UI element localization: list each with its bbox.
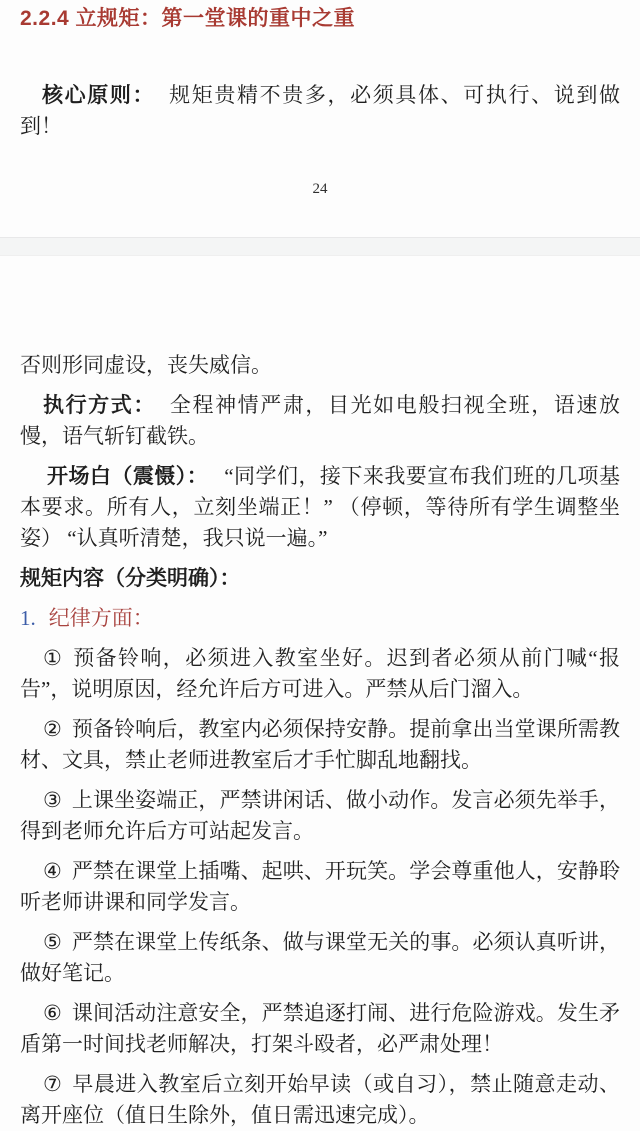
rule-item-6-text: 课间活动注意安全，严禁追逐打闹、进行危险游戏。发生矛盾第一时间找老师解决，打架斗… (20, 1001, 620, 1056)
continuation-paragraph: 否则形同虚设，丧失威信。 (20, 350, 620, 381)
rule-item-4-marker: ④ (43, 859, 62, 883)
rule-item-5-marker: ⑤ (43, 930, 62, 954)
opening-line-label: 开场白（震慑）： (47, 465, 208, 488)
section-heading: 2.2.4 立规矩：第一堂课的重中之重 (20, 4, 620, 34)
rule-item-1-text: 预备铃响，必须进入教室坐好。迟到者必须从前门喊“报告”，说明原因，经允许后方可进… (20, 646, 620, 701)
core-principle-label: 核心原则： (42, 84, 155, 107)
rule-item-2-text: 预备铃响后，教室内必须保持安静。提前拿出当堂课所需教材、文具，禁止老师进教室后才… (20, 717, 620, 772)
list-number: 1. (20, 606, 36, 630)
previous-page-bottom: 2.2.4 立规矩：第一堂课的重中之重 核心原则：规矩贵精不贵多，必须具体、可执… (0, 0, 640, 237)
rule-item-1: ①预备铃响，必须进入教室坐好。迟到者必须从前门喊“报告”，说明原因，经允许后方可… (20, 643, 620, 705)
current-page-top: 否则形同虚设，丧失威信。 执行方式：全程神情严肃，目光如电般扫视全班，语速放慢，… (0, 256, 640, 1131)
rule-item-7-marker: ⑦ (43, 1072, 62, 1096)
list-title: 纪律方面： (49, 606, 154, 630)
rule-item-7: ⑦早晨进入教室后立刻开始早读（或自习），禁止随意走动、离开座位（值日生除外，值日… (20, 1069, 620, 1131)
rule-item-5-text: 严禁在课堂上传纸条、做与课堂无关的事。必须认真听讲，做好笔记。 (20, 930, 620, 985)
rule-item-6-marker: ⑥ (43, 1001, 62, 1025)
rule-item-5: ⑤严禁在课堂上传纸条、做与课堂无关的事。必须认真听讲，做好笔记。 (20, 927, 620, 989)
rule-item-6: ⑥课间活动注意安全，严禁追逐打闹、进行危险游戏。发生矛盾第一时间找老师解决，打架… (20, 998, 620, 1060)
rule-item-3-text: 上课坐姿端正，严禁讲闲话、做小动作。发言必须先举手，得到老师允许后方可站起发言。 (20, 788, 620, 843)
page-break-gap (0, 237, 640, 256)
rule-item-2: ②预备铃响后，教室内必须保持安静。提前拿出当堂课所需教材、文具，禁止老师进教室后… (20, 714, 620, 776)
rule-item-4-text: 严禁在课堂上插嘴、起哄、开玩笑。学会尊重他人，安静聆听老师讲课和同学发言。 (20, 859, 620, 914)
rule-item-2-marker: ② (43, 717, 62, 741)
execution-method-label: 执行方式： (43, 394, 156, 417)
rule-item-4: ④严禁在课堂上插嘴、起哄、开玩笑。学会尊重他人，安静聆听老师讲课和同学发言。 (20, 856, 620, 918)
discipline-section-title: 1.纪律方面： (20, 603, 620, 634)
opening-line-paragraph: 开场白（震慑）：“同学们，接下来我要宣布我们班的几项基本要求。所有人，立刻坐端正… (20, 461, 620, 554)
rules-content-heading: 规矩内容（分类明确）： (20, 563, 620, 594)
page-number: 24 (0, 180, 640, 198)
document-viewport[interactable]: 2.2.4 立规矩：第一堂课的重中之重 核心原则：规矩贵精不贵多，必须具体、可执… (0, 0, 640, 1131)
execution-method-paragraph: 执行方式：全程神情严肃，目光如电般扫视全班，语速放慢，语气斩钉截铁。 (20, 390, 620, 452)
rule-item-3-marker: ③ (43, 788, 62, 812)
rule-item-1-marker: ① (43, 646, 63, 670)
core-principle-paragraph: 核心原则：规矩贵精不贵多，必须具体、可执行、说到做到！ (20, 80, 620, 142)
rule-item-3: ③上课坐姿端正，严禁讲闲话、做小动作。发言必须先举手，得到老师允许后方可站起发言… (20, 785, 620, 847)
rule-item-7-text: 早晨进入教室后立刻开始早读（或自习），禁止随意走动、离开座位（值日生除外，值日需… (20, 1072, 620, 1127)
